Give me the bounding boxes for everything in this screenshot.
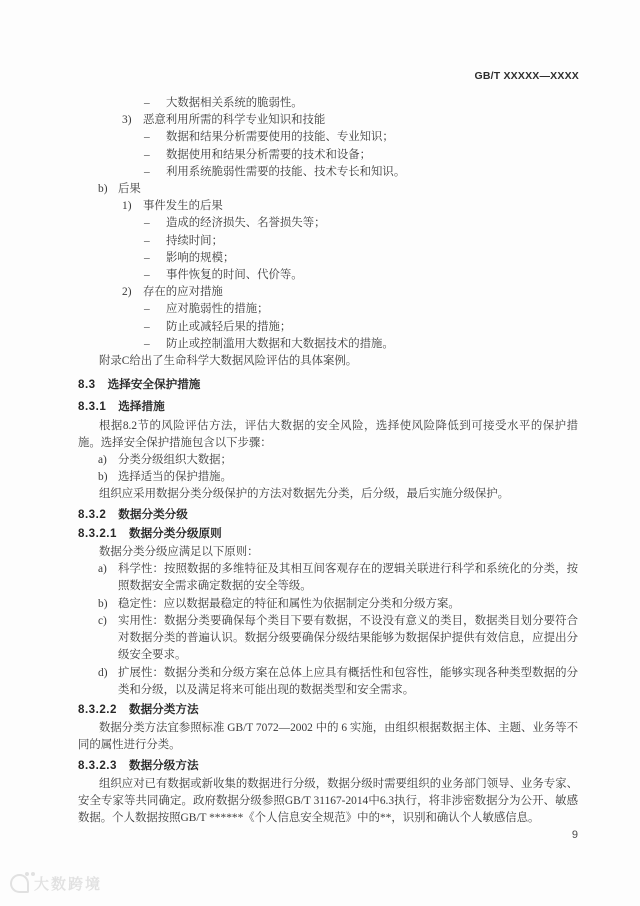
list-marker: – — [144, 95, 166, 112]
list-item: –利用系统脆弱性需要的技能、技术专长和知识。 — [78, 164, 578, 181]
list-marker: – — [144, 267, 166, 284]
list-item-text: 事件恢复的时间、代价等。 — [166, 267, 578, 284]
list-item-text: 造成的经济损失、名誉损失等； — [166, 215, 578, 232]
list-marker: – — [144, 233, 166, 250]
section-title: 数据分级方法 — [129, 759, 199, 772]
list-item: c)实用性：数据分类要确保每个类目下要有数据，不设没有意义的类目，数据类目划分要… — [78, 613, 578, 665]
list-item-text: 持续时间； — [166, 233, 578, 250]
list-item: –数据使用和结果分析需要的技术和设备； — [78, 147, 578, 164]
watermark: 大数跨境 — [10, 873, 102, 894]
section-title: 数据分类分级原则 — [129, 527, 222, 540]
paragraph: 根据8.2节的风险评估方法，评估大数据的安全风险，选择使风险降低到可接受水平的保… — [78, 418, 578, 452]
list-marker: d) — [98, 665, 118, 699]
paragraph: 数据分类方法宜参照标准 GB/T 7072—2002 中的 6 实施，由组织根据… — [78, 720, 578, 754]
list-item-text: 利用系统脆弱性需要的技能、技术专长和知识。 — [166, 164, 578, 181]
list-item: a)科学性：按照数据的多维特征及其相互间客观存在的逻辑关联进行科学和系统化的分类… — [78, 561, 578, 595]
list-item: b)选择适当的保护措施。 — [78, 469, 578, 486]
list-marker: b) — [98, 181, 118, 198]
list-marker: a) — [98, 452, 118, 469]
list-item-text: 防止或控制滥用大数据和大数据技术的措施。 — [166, 336, 578, 353]
list-marker: b) — [98, 469, 118, 486]
list-item-text: 应对脆弱性的措施； — [166, 301, 578, 318]
list-item: 2)存在的应对措施 — [78, 284, 578, 301]
paragraph: 组织应采用数据分类分级保护的方法对数据先分类，后分级，最后实施分级保护。 — [78, 486, 578, 503]
list-item: –防止或控制滥用大数据和大数据技术的措施。 — [78, 336, 578, 353]
list-item: –数据和结果分析需要使用的技能、专业知识； — [78, 129, 578, 146]
list-item-text: 存在的应对措施 — [143, 284, 578, 301]
list-item: b)后果 — [78, 181, 578, 198]
list-item: –应对脆弱性的措施； — [78, 301, 578, 318]
list-marker: – — [144, 129, 166, 146]
list-marker: – — [144, 319, 166, 336]
list-marker: – — [144, 250, 166, 267]
section-number: 8.3.2.3 — [78, 759, 117, 772]
list-item-text: 实用性：数据分类要确保每个类目下要有数据，不设没有意义的类目，数据类目划分要符合… — [118, 613, 578, 665]
list-marker: c) — [98, 613, 118, 665]
section-number: 8.3.2.1 — [78, 527, 117, 540]
list-item: a)分类分级组织大数据； — [78, 452, 578, 469]
list-item-text: 影响的规模； — [166, 250, 578, 267]
section-number: 8.3.1 — [78, 400, 106, 413]
section-title: 选择安全保护措施 — [108, 378, 201, 391]
paragraph: 附录C给出了生命科学大数据风险评估的具体案例。 — [78, 353, 578, 370]
list-item-text: 科学性：按照数据的多维特征及其相互间客观存在的逻辑关联进行科学和系统化的分类，按… — [118, 561, 578, 595]
section-heading: 8.3.2.2数据分类方法 — [78, 701, 578, 718]
document-page: GB/T XXXXX—XXXX –大数据相关系统的脆弱性。 3)恶意利用所需的科… — [0, 0, 640, 906]
list-marker: 2) — [122, 284, 143, 301]
watermark-logo-dot — [25, 872, 29, 876]
list-item-text: 大数据相关系统的脆弱性。 — [166, 95, 578, 112]
section-heading: 8.3.2.1数据分类分级原则 — [78, 525, 578, 542]
list-item-text: 数据和结果分析需要使用的技能、专业知识； — [166, 129, 578, 146]
list-item: –持续时间； — [78, 233, 578, 250]
list-marker: – — [144, 301, 166, 318]
list-item: 3)恶意利用所需的科学专业知识和技能 — [78, 112, 578, 129]
list-item-text: 数据使用和结果分析需要的技术和设备； — [166, 147, 578, 164]
list-item-text: 分类分级组织大数据； — [118, 452, 578, 469]
running-header-doc-code: GB/T XXXXX—XXXX — [474, 70, 579, 82]
section-title: 选择措施 — [118, 400, 164, 413]
section-heading: 8.3选择安全保护措施 — [78, 376, 578, 393]
list-item: 1)事件发生的后果 — [78, 198, 578, 215]
list-item: –造成的经济损失、名誉损失等； — [78, 215, 578, 232]
list-marker: 1) — [122, 198, 143, 215]
watermark-logo-icon — [10, 874, 29, 893]
list-item-text: 恶意利用所需的科学专业知识和技能 — [143, 112, 578, 129]
list-marker: – — [144, 147, 166, 164]
page-number: 9 — [572, 829, 578, 841]
list-marker: – — [144, 164, 166, 181]
paragraph: 组织应对已有数据或新收集的数据进行分级，数据分级时需要组织的业务部门领导、业务专… — [78, 776, 578, 828]
list-item-text: 扩展性：数据分类和分级方案在总体上应具有概括性和包容性，能够实现各种类型数据的分… — [118, 665, 578, 699]
list-marker: a) — [98, 561, 118, 595]
list-item: b)稳定性：应以数据最稳定的特征和属性为依据制定分类和分级方案。 — [78, 596, 578, 613]
section-heading: 8.3.2数据分类分级 — [78, 506, 578, 523]
list-item-text: 后果 — [118, 181, 578, 198]
list-marker: – — [144, 336, 166, 353]
list-marker: – — [144, 215, 166, 232]
watermark-logo-dot — [31, 872, 35, 876]
list-item: –事件恢复的时间、代价等。 — [78, 267, 578, 284]
list-item: d)扩展性：数据分类和分级方案在总体上应具有概括性和包容性，能够实现各种类型数据… — [78, 665, 578, 699]
list-item: –影响的规模； — [78, 250, 578, 267]
section-heading: 8.3.1选择措施 — [78, 398, 578, 415]
list-item-text: 防止或减轻后果的措施； — [166, 319, 578, 336]
section-title: 数据分类分级 — [118, 508, 188, 521]
list-item: –大数据相关系统的脆弱性。 — [78, 95, 578, 112]
section-number: 8.3 — [78, 378, 96, 391]
paragraph: 数据分类分级应满足以下原则： — [78, 544, 578, 561]
watermark-text: 大数跨境 — [34, 873, 102, 894]
section-heading: 8.3.2.3数据分级方法 — [78, 757, 578, 774]
document-body: –大数据相关系统的脆弱性。 3)恶意利用所需的科学专业知识和技能 –数据和结果分… — [78, 95, 578, 827]
list-item-text: 选择适当的保护措施。 — [118, 469, 578, 486]
section-number: 8.3.2.2 — [78, 703, 117, 716]
list-item-text: 事件发生的后果 — [143, 198, 578, 215]
section-number: 8.3.2 — [78, 508, 106, 521]
list-marker: 3) — [122, 112, 143, 129]
list-item: –防止或减轻后果的措施； — [78, 319, 578, 336]
section-title: 数据分类方法 — [129, 703, 199, 716]
list-marker: b) — [98, 596, 118, 613]
list-item-text: 稳定性：应以数据最稳定的特征和属性为依据制定分类和分级方案。 — [118, 596, 578, 613]
